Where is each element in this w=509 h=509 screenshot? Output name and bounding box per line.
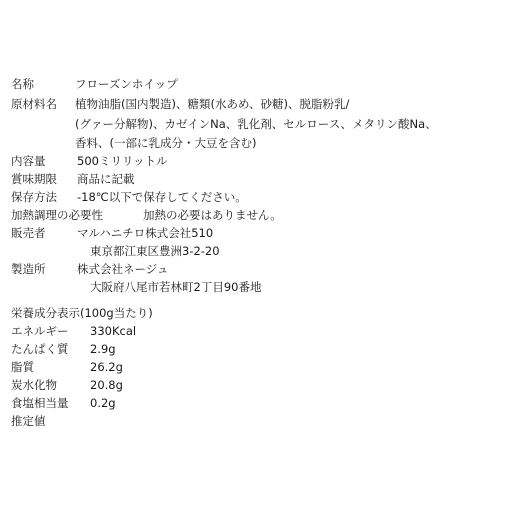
nutrition-value: 330Kcal (90, 323, 136, 339)
ingredients-line-2: (グァー分解物)、カゼインNa、乳化剤、セルロース、メタリン酸Na、 (75, 116, 437, 132)
seller-value: マルハニチロ株式会社510 (77, 225, 213, 241)
nutrition-value: 20.8g (90, 377, 123, 393)
nutrition-note: 推定値 (11, 413, 46, 429)
nutrition-label: たんぱく質 (11, 341, 69, 357)
best-before-value: 商品に記載 (77, 171, 135, 187)
nutrition-title: 栄養成分表示(100g当たり) (11, 305, 153, 321)
nutrition-label: 炭水化物 (11, 377, 57, 393)
nutrition-value: 26.2g (90, 359, 123, 375)
ingredients-line-1: 植物油脂(国内製造)、糖類(水あめ、砂糖)、脱脂粉乳/ (75, 96, 349, 112)
manufacturer-label: 製造所 (11, 261, 46, 277)
best-before-label: 賞味期限 (11, 171, 57, 187)
manufacturer-value: 株式会社ネージュ (77, 261, 169, 277)
nutrition-value: 2.9g (90, 341, 116, 357)
nutrition-value: 0.2g (90, 395, 116, 411)
ingredients-label: 原材料名 (11, 96, 57, 112)
name-value: フローズンホイップ (75, 76, 178, 92)
ingredients-line-3: 香料、(一部に乳成分・大豆を含む) (75, 135, 256, 151)
seller-address: 東京都江東区豊洲3-2-20 (90, 243, 220, 259)
nutrition-label: エネルギー (11, 323, 69, 339)
seller-label: 販売者 (11, 225, 46, 241)
volume-value: 500ミリリットル (77, 153, 168, 169)
storage-value: -18℃以下で保存してください。 (77, 189, 247, 205)
nutrition-label: 脂質 (11, 359, 34, 375)
storage-label: 保存方法 (11, 189, 57, 205)
name-label: 名称 (11, 76, 34, 92)
volume-label: 内容量 (11, 153, 46, 169)
nutrition-label: 食塩相当量 (11, 395, 69, 411)
heating-label: 加熱調理の必要性 (11, 207, 103, 223)
manufacturer-address: 大阪府八尾市若林町2丁目90番地 (90, 279, 261, 295)
heating-value: 加熱の必要はありません。 (143, 207, 282, 223)
